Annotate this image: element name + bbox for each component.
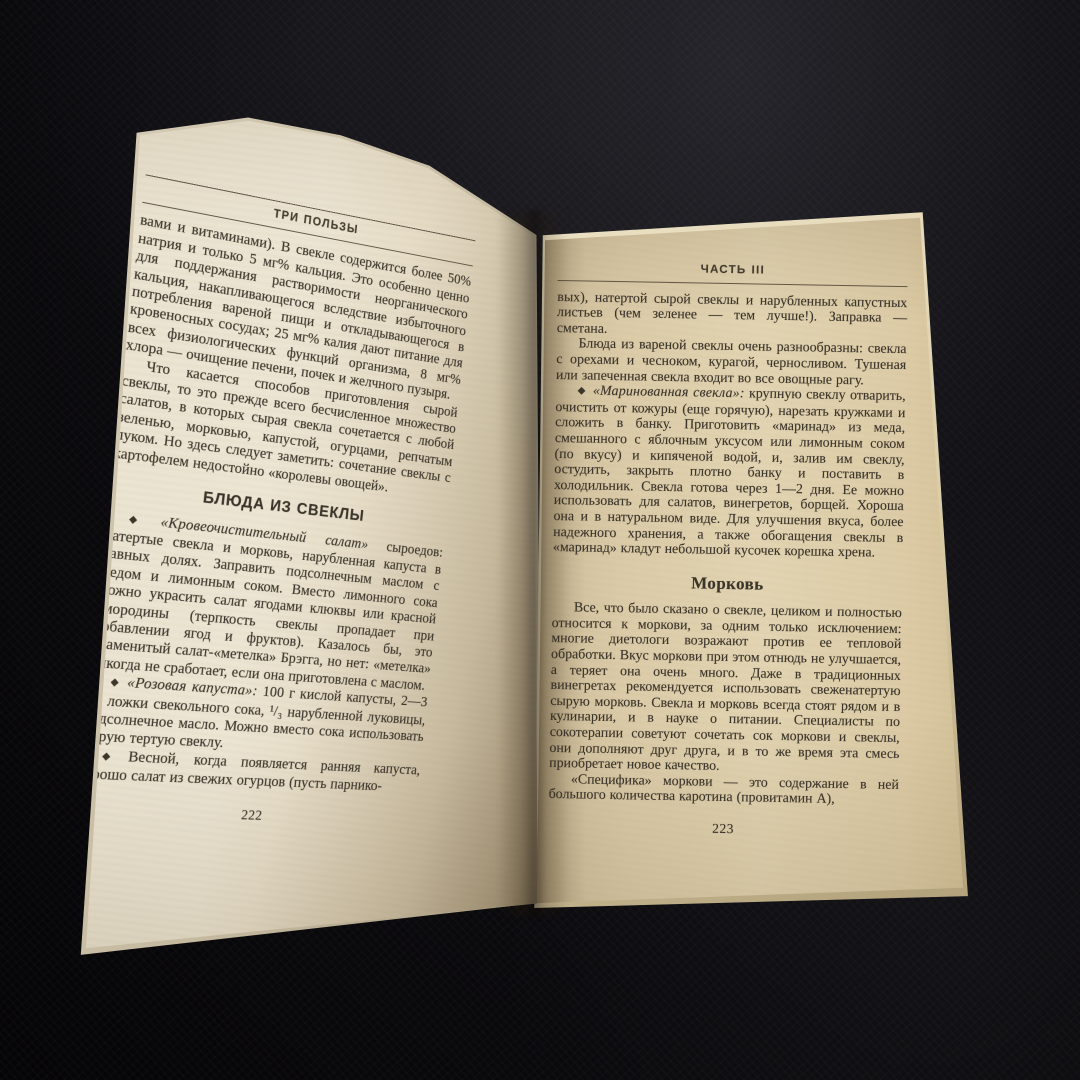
recipe-title: «Маринованная свекла»: [593, 384, 745, 402]
paragraph: Блюда из вареной свеклы очень разнообраз… [556, 336, 907, 389]
diamond-bullet-icon: ◆ [102, 751, 122, 763]
right-page: ЧАСТЬ III вых), натертой сырой свеклы и … [528, 208, 976, 908]
page-number: 222 [72, 800, 416, 829]
diamond-bullet-icon: ◆ [129, 513, 155, 527]
left-page: ТРИ ПОЛЬЗЫ вами и витаминами). В свекле … [78, 115, 543, 960]
recipe-item: ◆«Кровеочистительный салат» сыроедов: на… [89, 508, 444, 695]
left-page-text-block: ТРИ ПОЛЬЗЫ вами и витаминами). В свекле … [72, 174, 475, 828]
right-page-text-block: ЧАСТЬ III вых), натертой сырой свеклы и … [548, 260, 908, 840]
recipe-item: ◆«Маринованная свекла»: крупную свеклу о… [553, 383, 906, 562]
paragraph-continuation: «Специфика» моркови — это содержание в н… [549, 772, 899, 809]
paragraph-continuation: вых), натертой сырой свеклы и нарубленны… [557, 290, 908, 343]
page-number: 223 [548, 818, 898, 840]
diamond-bullet-icon: ◆ [578, 386, 586, 397]
paragraph: Все, что было сказано о свекле, целиком … [549, 600, 902, 778]
photo-background: ТРИ ПОЛЬЗЫ вами и витаминами). В свекле … [0, 0, 1080, 1080]
right-running-head: ЧАСТЬ III [558, 260, 908, 282]
recipe-text: крупную свеклу отварить, очистить от кож… [553, 386, 906, 560]
recipe-text: сыроедов: натертые свекла и морковь, нар… [89, 527, 444, 694]
section-heading-carrot: Морковь [552, 573, 902, 595]
diamond-bullet-icon: ◆ [110, 677, 121, 689]
